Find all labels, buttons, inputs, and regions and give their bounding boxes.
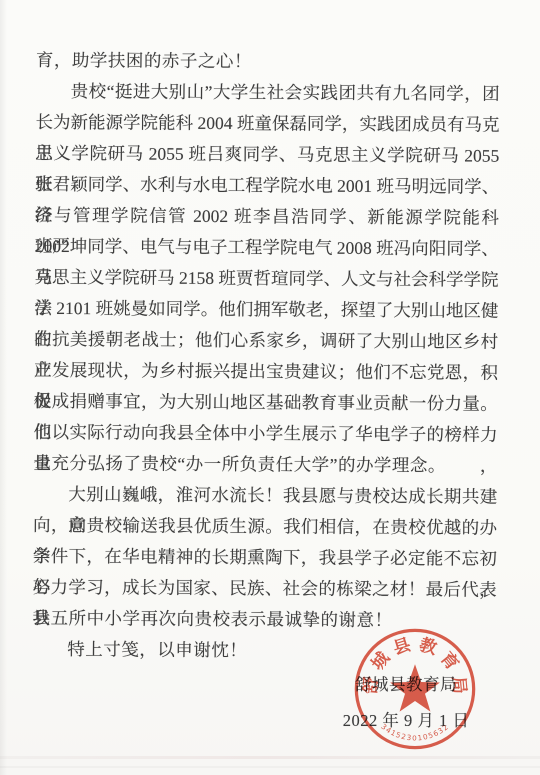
letter-line: 大别山巍峨，淮河水流长！我县愿与贵校达成长期共建意 bbox=[33, 479, 497, 513]
letter-line: 努力学习，成长为国家、民族、社会的栋梁之材！最后代表我 bbox=[33, 572, 497, 606]
official-seal-stamp: 舒 城 县 教 育 局 3415230105632 bbox=[352, 626, 478, 752]
letter-line: 业发展现状，为乡村振兴提出宝贵建议；他们不忘党恩，积极 bbox=[34, 355, 498, 389]
letter-line: 克思主义学院研马 2158 班贾哲瑄同学、人文与社会科学学院法 bbox=[34, 262, 498, 296]
letter-line: 张君颖同学、水利与水电工程学院水电 2001 班马明远同学、经 bbox=[35, 169, 499, 203]
seal-ring-char: 舒 bbox=[360, 675, 382, 696]
scan-artifact-streak bbox=[0, 766, 540, 768]
scanned-letter-page: 育，助学扶困的赤子之心！ 贵校“挺进大别山”大学生社会实践团共有九名同学，团 长… bbox=[0, 0, 540, 775]
letter-line: 们以实际行动向我县全体中小学生展示了华电学子的榜样力量， bbox=[34, 417, 498, 451]
letter-line: 学 2101 班姚曼如同学。他们拥军敬老，探望了大别山地区健在 bbox=[34, 293, 498, 327]
letter-line: 促成捐赠事宜，为大别山地区基础教育事业贡献一份力量。他 bbox=[34, 386, 498, 420]
letter-body: 育，助学扶困的赤子之心！ 贵校“挺进大别山”大学生社会实践团共有九名同学，团 长… bbox=[32, 45, 500, 668]
seal-serial-number: 3415230105632 bbox=[379, 722, 450, 742]
letter-line: 长为新能源学院能科 2004 班童保磊同学，实践团成员有马克思 bbox=[35, 107, 499, 141]
letter-line: 贵校“挺进大别山”大学生社会实践团共有九名同学，团 bbox=[36, 76, 500, 110]
letter-line: 班严坤同学、电气与电子工程学院电气 2008 班冯向阳同学、马 bbox=[35, 231, 499, 265]
letter-line: 条件下，在华电精神的长期熏陶下，我县学子必定能不忘初心， bbox=[33, 541, 497, 575]
seal-ring-char: 县 bbox=[391, 635, 413, 658]
scan-artifact-streak bbox=[0, 756, 540, 759]
scan-artifact-left-edge bbox=[0, 0, 7, 775]
letter-line: 济与管理学院信管 2002 班李昌浩同学、新能源学院能科 2002 bbox=[35, 200, 499, 234]
letter-line: 也充分弘扬了贵校“办一所负责任大学”的办学理念。 bbox=[33, 448, 497, 482]
seal-ring-char: 教 bbox=[417, 634, 440, 658]
seal-star-icon bbox=[390, 664, 440, 711]
letter-line: 育，助学扶困的赤子之心！ bbox=[36, 45, 500, 79]
letter-line: 主义学院研马 2055 班吕爽同学、马克思主义学院研马 2055 班 bbox=[35, 138, 499, 172]
letter-line: 的抗美援朝老战士；他们心系家乡，调研了大别山地区乡村产 bbox=[34, 324, 498, 358]
letter-line: 向，向贵校输送我县优质生源。我们相信，在贵校优越的办学 bbox=[33, 510, 497, 544]
seal-ring-char: 局 bbox=[449, 676, 469, 695]
